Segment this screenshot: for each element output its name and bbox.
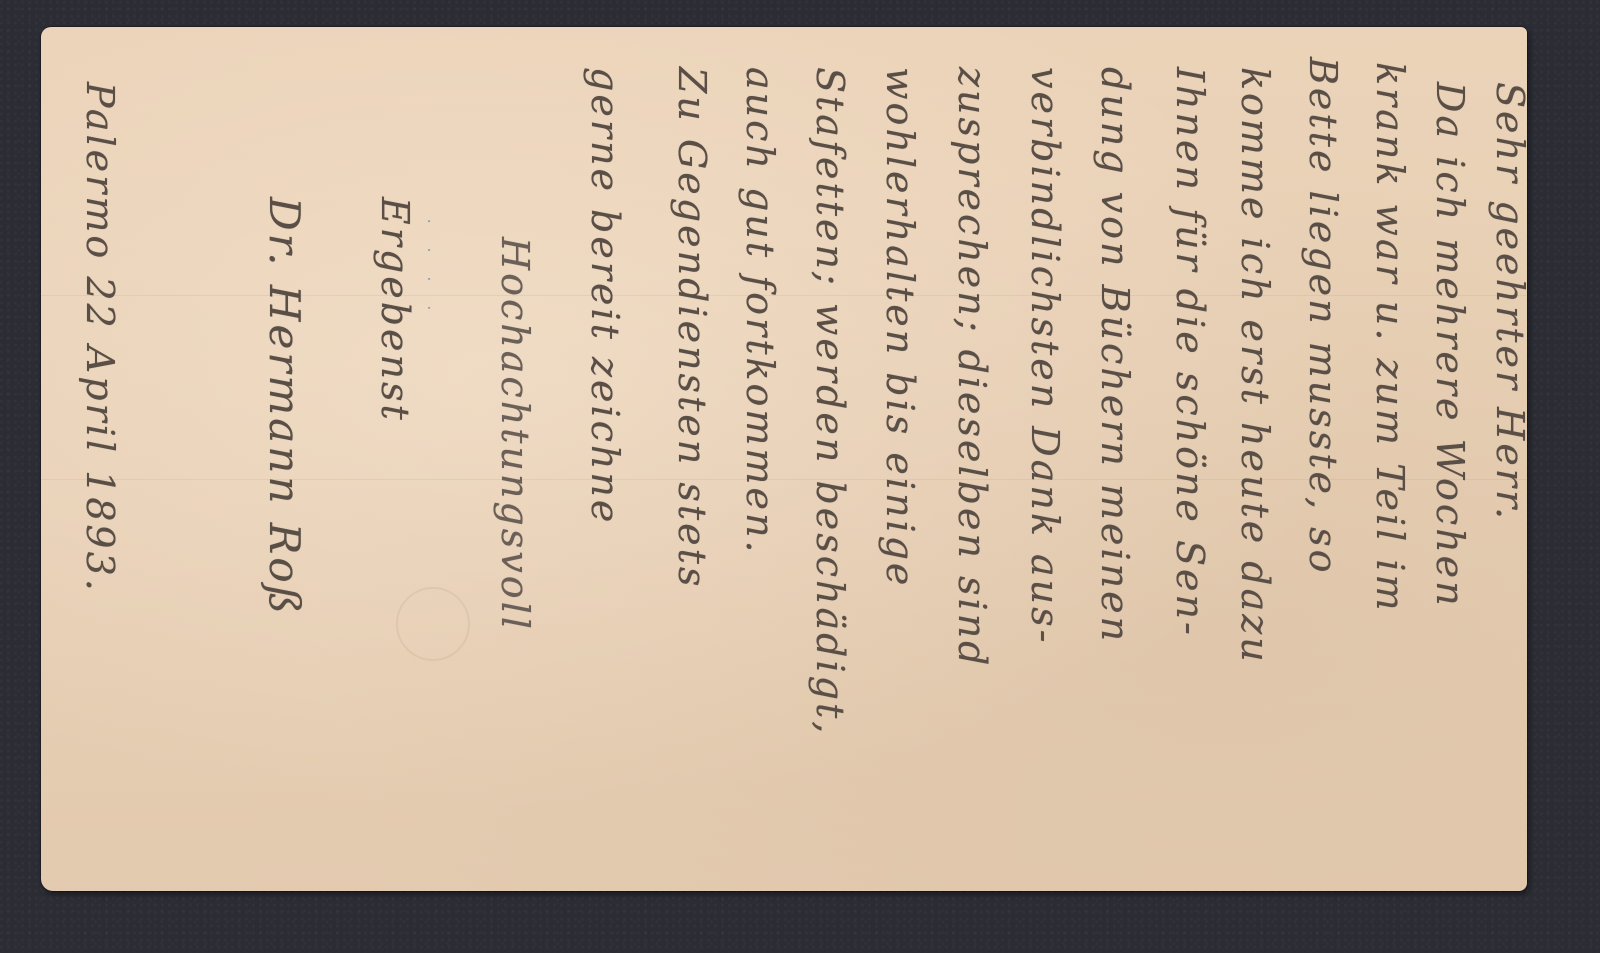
letter-line-4: komme ich erst heute dazu xyxy=(1236,67,1274,665)
letter-line-10: Stafetten; werden beschädigt, xyxy=(811,67,849,736)
letter-line-7: verbindlichsten Dank aus- xyxy=(1026,67,1064,645)
salutation: Sehr geehrter Herr. xyxy=(1491,82,1527,522)
faint-postmark xyxy=(396,587,470,661)
closing: Hochachtungsvoll xyxy=(496,237,534,632)
letter-line-5: Ihnen für die schöne Sen- xyxy=(1171,67,1209,638)
place-and-date: Palermo 22 April 1893. xyxy=(81,82,119,594)
letter-line-8: zusprechen; dieselben sind xyxy=(953,67,991,669)
letter-line-1: Da ich mehrere Wochen xyxy=(1431,82,1469,609)
postcard: · · · · Sehr geehrter Herr. Da ich mehre… xyxy=(41,27,1527,891)
closing-ergebenst: Ergebenst xyxy=(376,197,414,423)
letter-line-13: gerne bereit zeichne xyxy=(586,67,624,525)
letter-line-2: krank war u. zum Teil im xyxy=(1371,62,1409,614)
blue-stamp-residue: · · · · xyxy=(420,217,436,318)
letter-line-6: dung von Büchern meinen xyxy=(1096,67,1134,644)
letter-line-3: Bette liegen musste, so xyxy=(1304,57,1342,576)
letter-line-12: Zu Gegendiensten stets xyxy=(673,67,711,589)
letter-line-11: auch gut fortkommen. xyxy=(741,67,779,556)
signature: Dr. Hermann Roß xyxy=(263,197,305,617)
letter-line-9: wohlerhalten bis einige xyxy=(881,67,919,588)
